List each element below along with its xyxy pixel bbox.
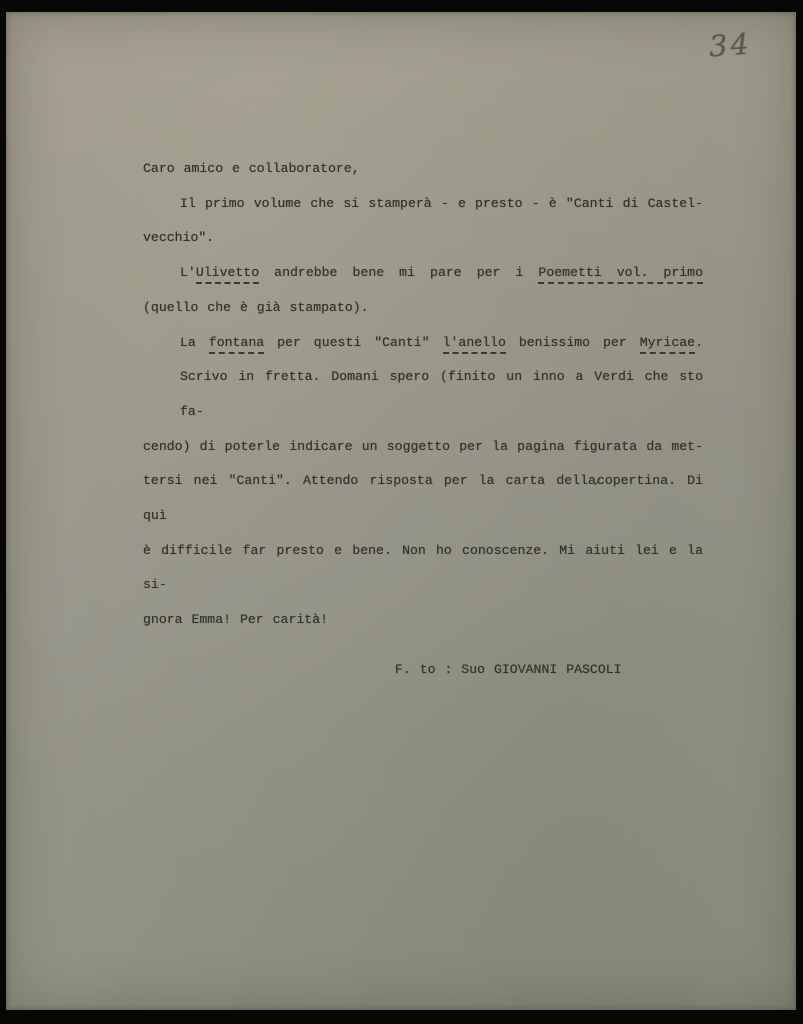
underlined-text: Ulivetto xyxy=(196,265,259,284)
letter-text: tersi nei "Canti". Attendo risposta per … xyxy=(143,473,596,488)
letter-text: La xyxy=(180,335,209,350)
letter-line: La fontana per questi "Canti" l'anello b… xyxy=(143,326,703,361)
letter-line: gnora Emma! Per carità! xyxy=(143,603,703,638)
letter-text: benissimo per xyxy=(506,335,640,350)
letter-line: tersi nei "Canti". Attendo risposta per … xyxy=(143,464,703,533)
letter-line: L'Ulivetto andrebbe bene mi pare per i P… xyxy=(143,256,703,291)
letter-text: andrebbe bene mi pare per i xyxy=(259,265,538,280)
letter-text: è difficile far presto e bene. Non ho co… xyxy=(143,543,703,593)
letter-line: Il primo volume che si stamperà - e pres… xyxy=(143,187,703,222)
letter-text: gnora Emma! Per carità! xyxy=(143,612,328,627)
letter-text: . xyxy=(695,335,703,350)
underlined-text: l'anello xyxy=(443,335,506,354)
letter-text: (quello che è già stampato). xyxy=(143,300,369,315)
underlined-text: Poemetti vol. primo xyxy=(538,265,703,284)
letter-text: per questi "Canti" xyxy=(264,335,442,350)
letter-line: Caro amico e collaboratore, xyxy=(143,152,703,187)
scan-frame: 34 Caro amico e collaboratore,Il primo v… xyxy=(0,0,803,1024)
letter-text: Scrivo in fretta. Domani spero (finito u… xyxy=(180,369,703,419)
letter-line: cendo) di poterle indicare un soggetto p… xyxy=(143,430,703,465)
page-number-annotation: 34 xyxy=(708,27,753,64)
letter-line: vecchio". xyxy=(143,221,703,256)
letter-line: è difficile far presto e bene. Non ho co… xyxy=(143,534,703,603)
letter-text: vecchio". xyxy=(143,230,214,245)
signature-line: F. to : Suo GIOVANNI PASCOLI xyxy=(143,653,703,688)
letter-text: Il primo volume che si stamperà - e pres… xyxy=(180,196,703,211)
letter-line: (quello che è già stampato). xyxy=(143,291,703,326)
letter-text: L' xyxy=(180,265,196,280)
letter-text: cendo) di poterle indicare un soggetto p… xyxy=(143,439,703,454)
letter-body: Caro amico e collaboratore,Il primo volu… xyxy=(143,152,703,688)
letter-line: Scrivo in fretta. Domani spero (finito u… xyxy=(143,360,703,429)
letter-page: 34 Caro amico e collaboratore,Il primo v… xyxy=(6,12,796,1010)
insertion-slash-mark: ∕ xyxy=(592,465,601,500)
underlined-text: Myricae xyxy=(640,335,695,354)
underlined-text: fontana xyxy=(209,335,264,354)
letter-text: Caro amico e collaboratore, xyxy=(143,161,360,176)
